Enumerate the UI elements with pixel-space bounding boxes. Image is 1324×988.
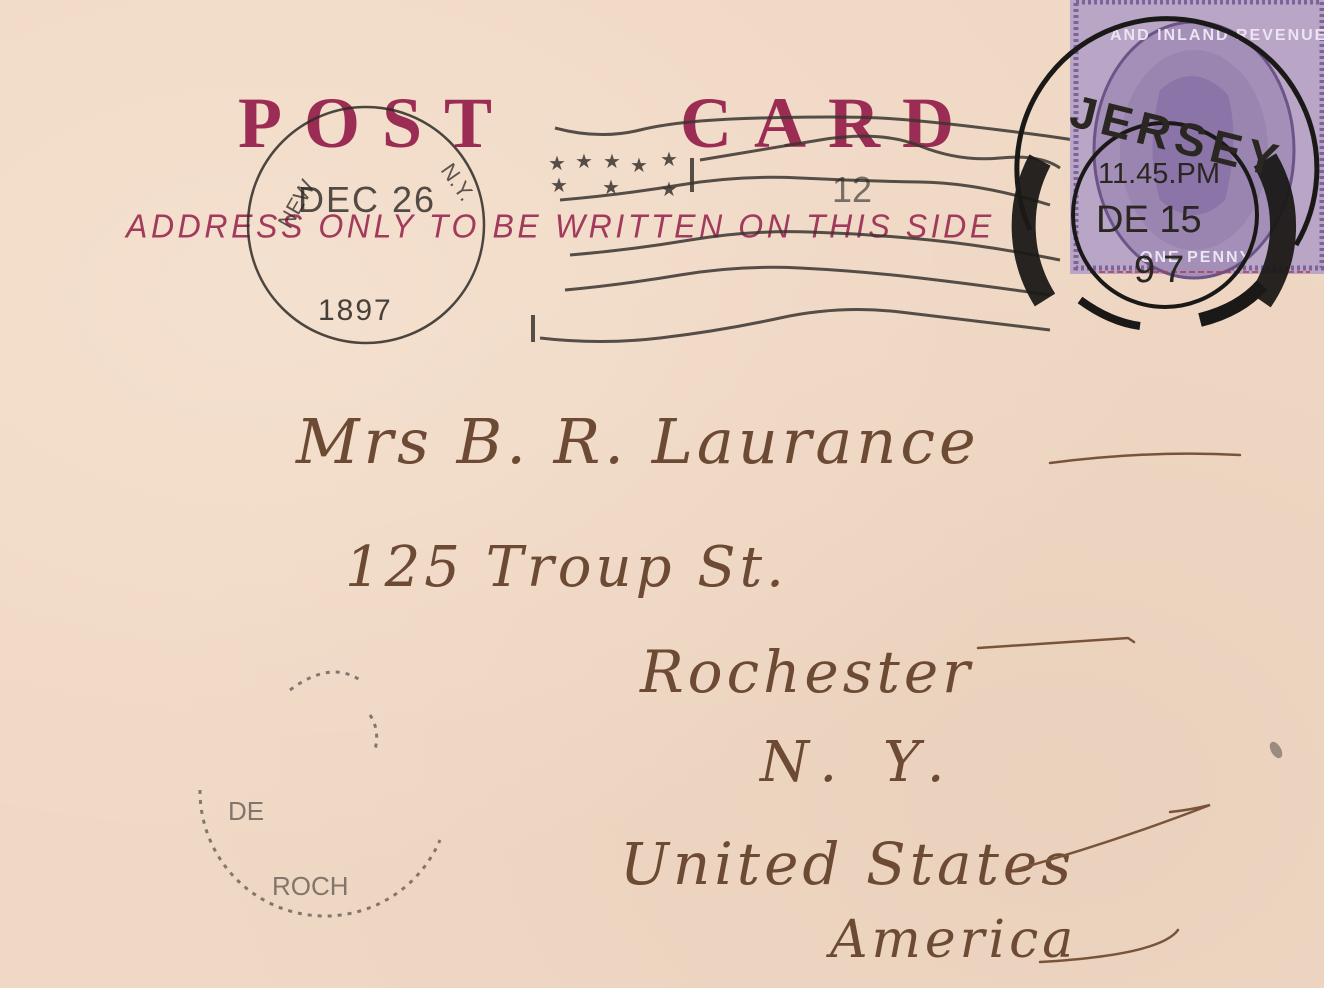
postcard: POST CARD ADDRESS ONLY TO BE WRITTEN ON … <box>0 0 1324 988</box>
address-flourishes <box>0 0 1324 988</box>
